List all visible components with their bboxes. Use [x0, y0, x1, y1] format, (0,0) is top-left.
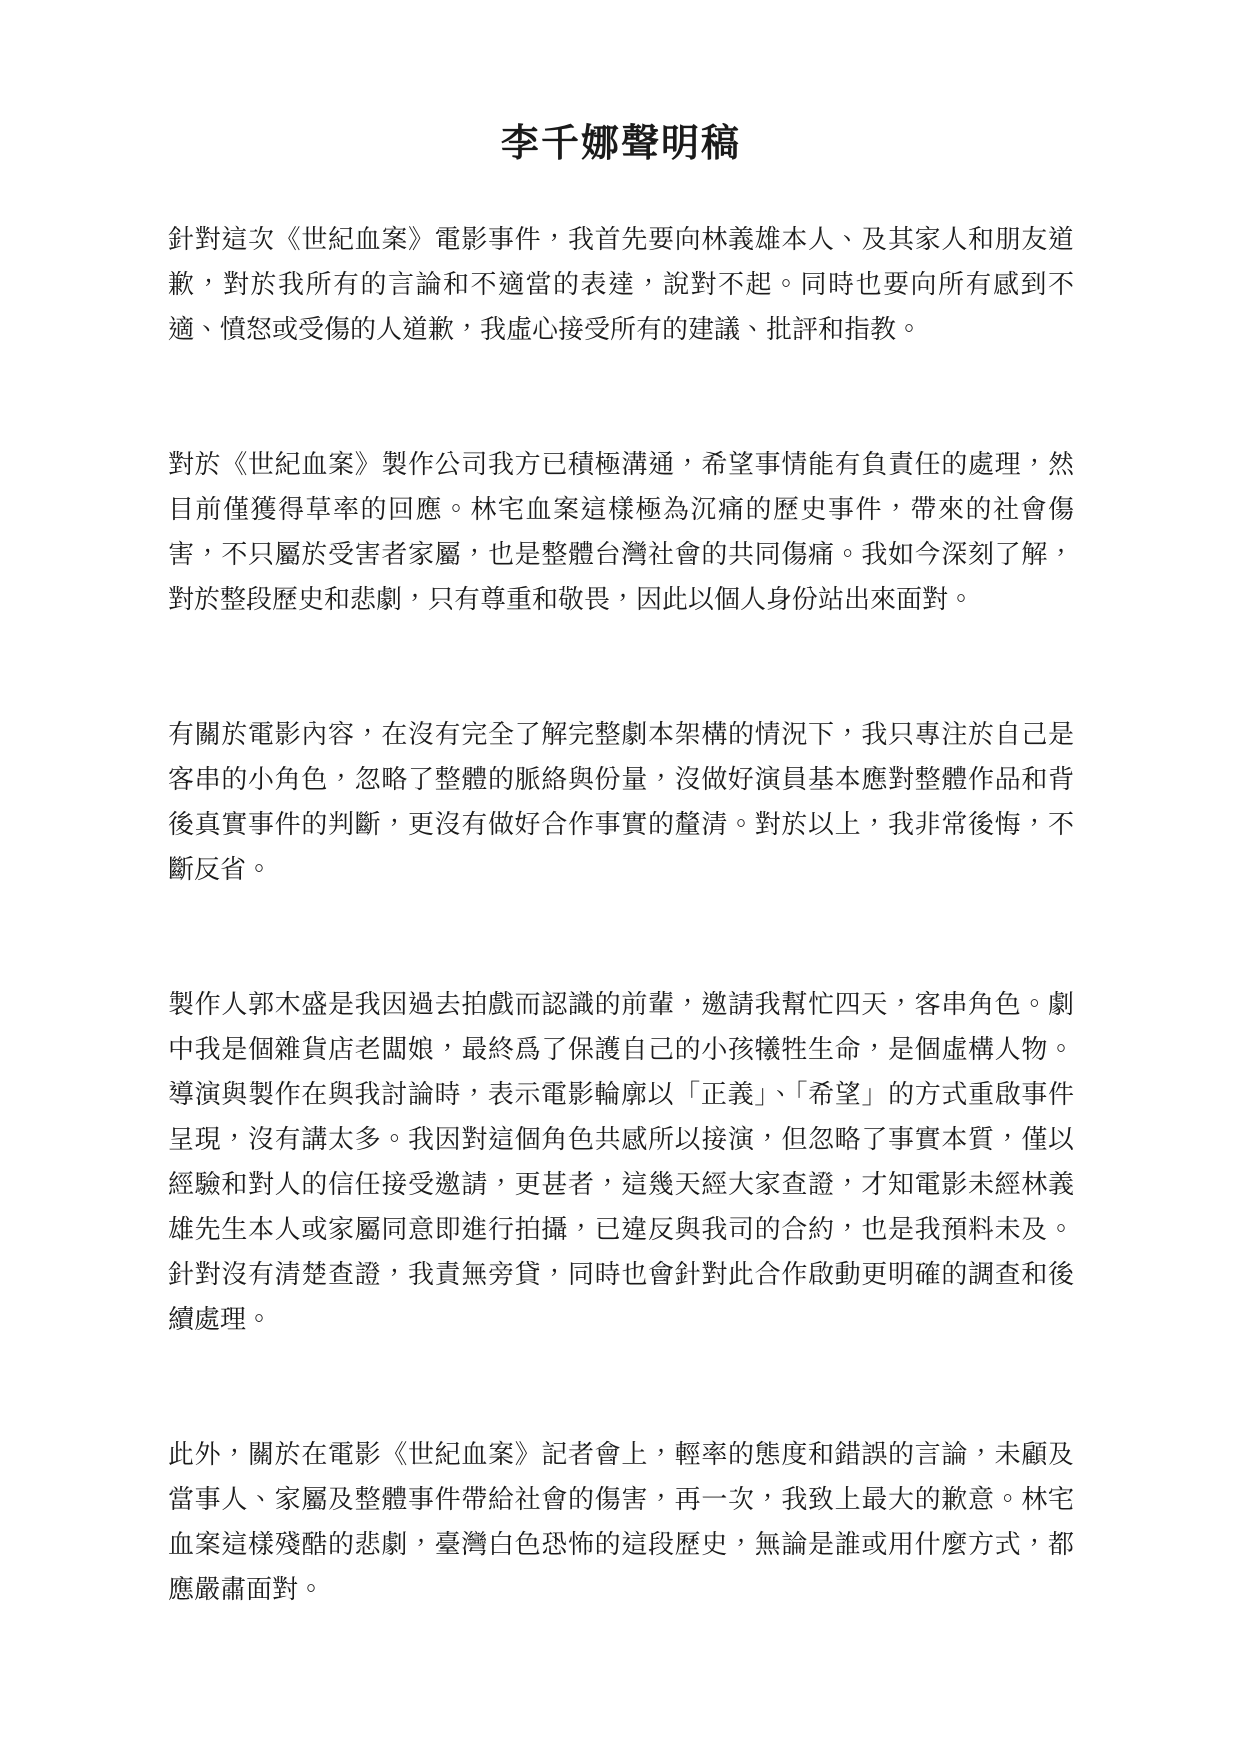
document-page: 李千娜聲明稿 針對這次《世紀血案》電影事件，我首先要向林義雄本人、及其家人和朋友… [0, 0, 1240, 1755]
document-title: 李千娜聲明稿 [168, 120, 1074, 169]
paragraph-production-company: 對於《世紀血案》製作公司我方已積極溝通，希望事情能有負責任的處理，然目前僅獲得草… [168, 442, 1074, 622]
paragraph-press-conference: 此外，關於在電影《世紀血案》記者會上，輕率的態度和錯誤的言論，未顧及當事人、家屬… [168, 1432, 1074, 1612]
paragraph-film-content: 有關於電影內容，在沒有完全了解完整劇本架構的情況下，我只專注於自己是客串的小角色… [168, 712, 1074, 892]
paragraph-producer-role: 製作人郭木盛是我因過去拍戲而認識的前輩，邀請我幫忙四天，客串角色。劇中我是個雜貨… [168, 982, 1074, 1342]
paragraph-apology: 針對這次《世紀血案》電影事件，我首先要向林義雄本人、及其家人和朋友道歉，對於我所… [168, 217, 1074, 352]
